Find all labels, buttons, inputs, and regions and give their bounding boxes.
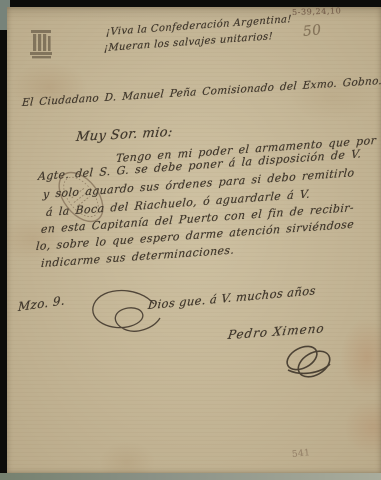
page-number: 541 [291,448,310,460]
signature-rubric-flourish [276,340,338,382]
backdrop-bottom-strip [0,473,381,480]
embossed-columns-seal [28,27,54,63]
letter-scan-photo: 5-39,24,10 50 ¡Viva la Confederación Arg… [0,0,381,480]
catalog-number: 5-39,24,10 [292,6,342,17]
folio-number: 50 [302,22,322,40]
